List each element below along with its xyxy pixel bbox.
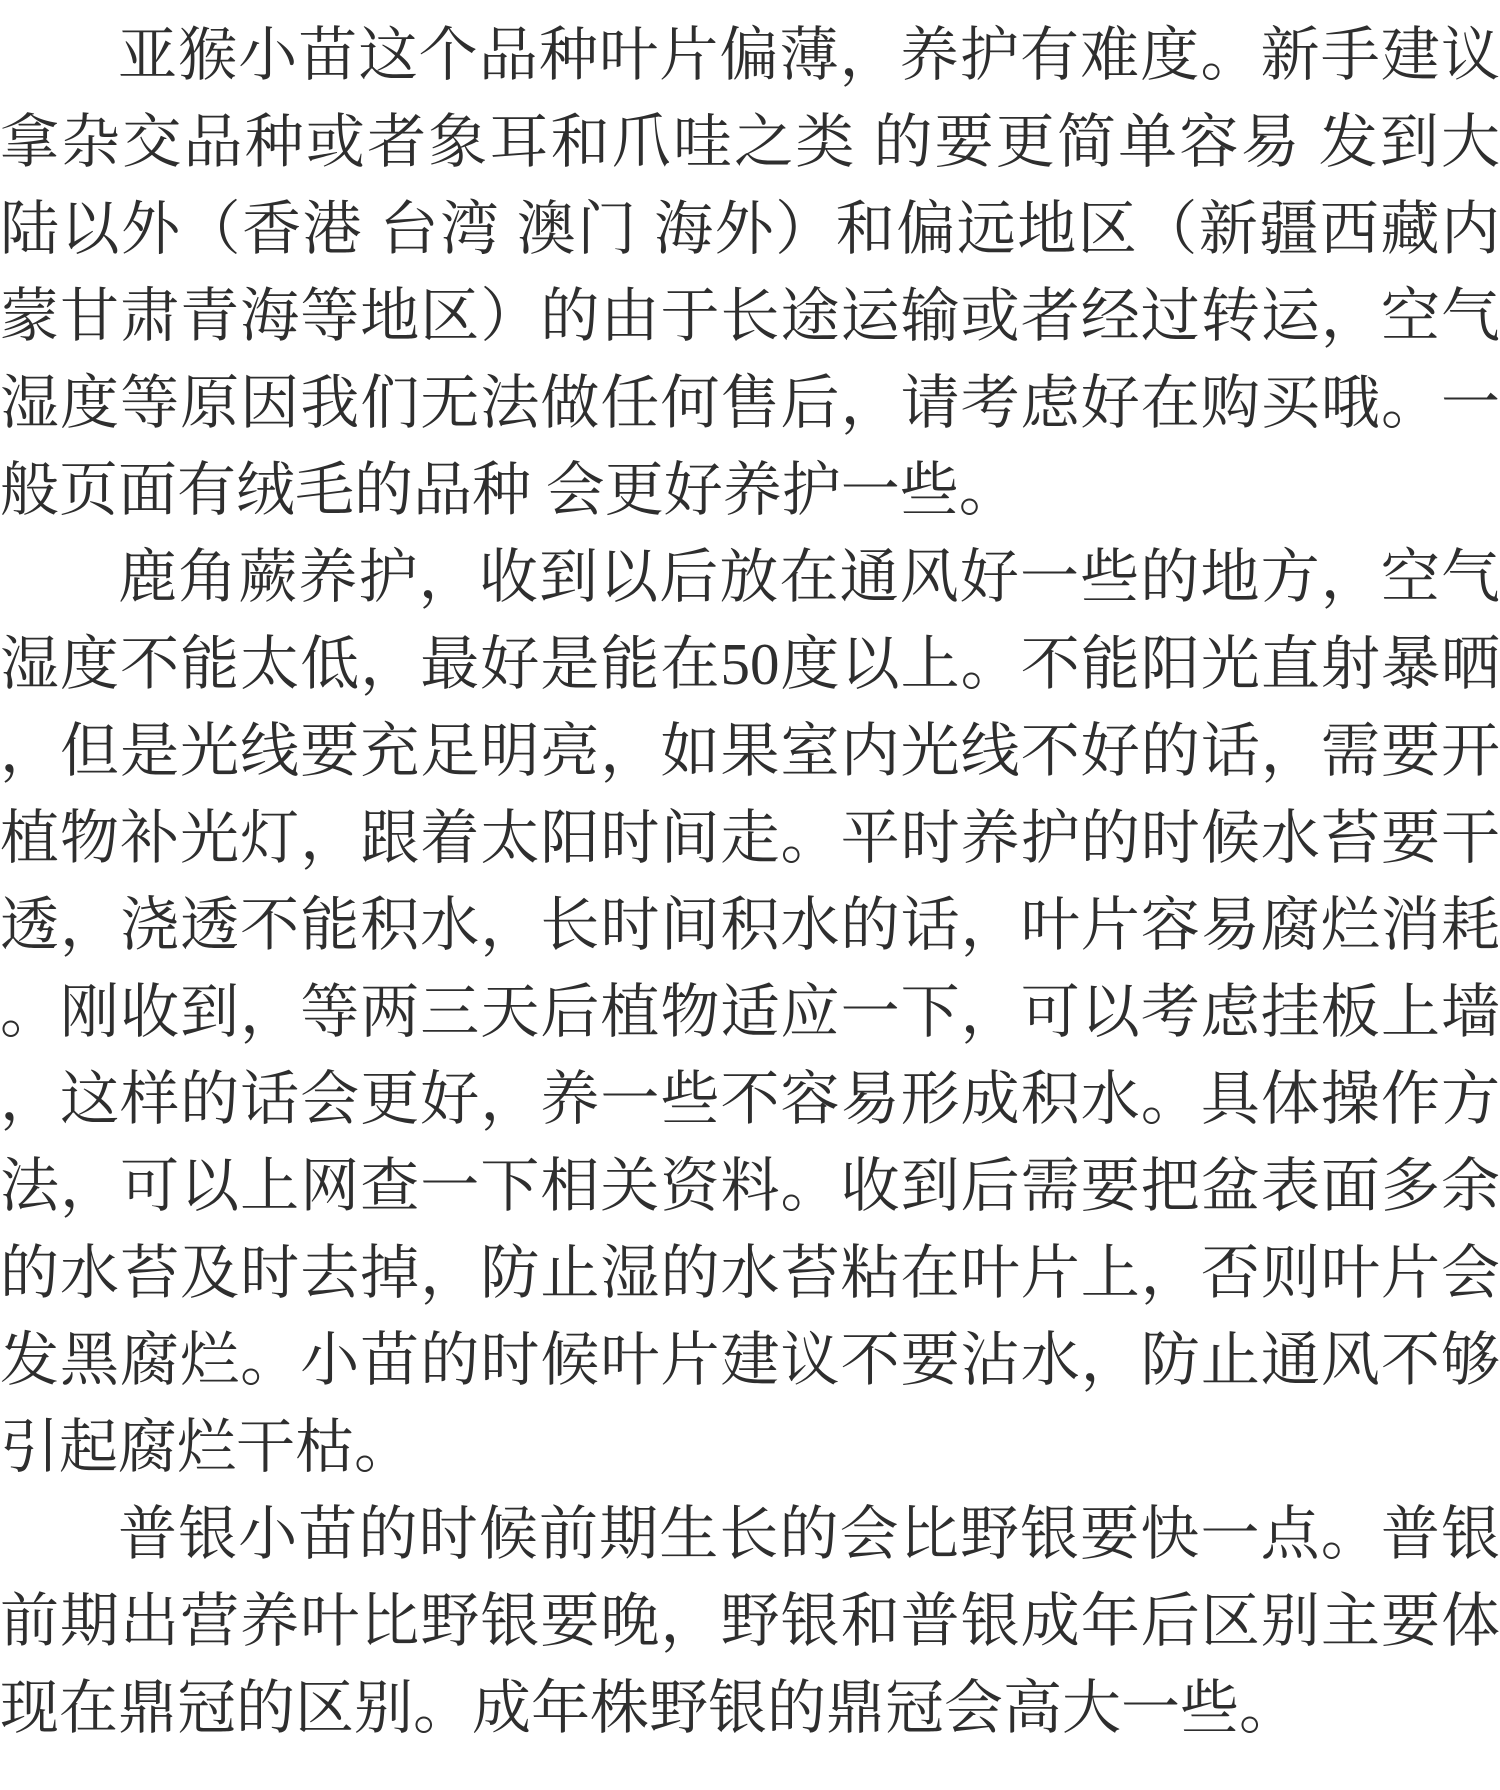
- text-line: 普银小苗的时候前期生长的会比野银要快一点。普银: [0, 1491, 1500, 1578]
- paragraph: 亚猴小苗这个品种叶片偏薄，养护有难度。新手建议拿杂交品种或者象耳和爪哇之类 的要…: [0, 12, 1500, 534]
- text-line: 透，浇透不能积水，长时间积水的话，叶片容易腐烂消耗: [0, 882, 1500, 969]
- text-line: 发黑腐烂。小苗的时候叶片建议不要沾水，防止通风不够: [0, 1317, 1500, 1404]
- text-line: 亚猴小苗这个品种叶片偏薄，养护有难度。新手建议: [0, 12, 1500, 99]
- document-page: 亚猴小苗这个品种叶片偏薄，养护有难度。新手建议拿杂交品种或者象耳和爪哇之类 的要…: [0, 0, 1500, 1790]
- text-line: 前期出营养叶比野银要晚，野银和普银成年后区别主要体: [0, 1578, 1500, 1665]
- text-line: 蒙甘肃青海等地区）的由于长途运输或者经过转运，空气: [0, 273, 1500, 360]
- text-line: 拿杂交品种或者象耳和爪哇之类 的要更简单容易 发到大: [0, 99, 1500, 186]
- text-line: 现在鼎冠的区别。成年株野银的鼎冠会高大一些。: [0, 1665, 1500, 1752]
- text-line: 鹿角蕨养护，收到以后放在通风好一些的地方，空气: [0, 534, 1500, 621]
- text-line: 湿度等原因我们无法做任何售后，请考虑好在购买哦。一: [0, 360, 1500, 447]
- text-line: 。刚收到，等两三天后植物适应一下，可以考虑挂板上墙: [0, 969, 1500, 1056]
- text-line: 引起腐烂干枯。: [0, 1404, 1500, 1491]
- text-line: 植物补光灯，跟着太阳时间走。平时养护的时候水苔要干: [0, 795, 1500, 882]
- text-line: ，这样的话会更好，养一些不容易形成积水。具体操作方: [0, 1056, 1500, 1143]
- text-line: 般页面有绒毛的品种 会更好养护一些。: [0, 447, 1500, 534]
- text-line: ，但是光线要充足明亮，如果室内光线不好的话，需要开: [0, 708, 1500, 795]
- text-line: 的水苔及时去掉，防止湿的水苔粘在叶片上，否则叶片会: [0, 1230, 1500, 1317]
- text-line: 法，可以上网查一下相关资料。收到后需要把盆表面多余: [0, 1143, 1500, 1230]
- text-line: 陆以外（香港 台湾 澳门 海外）和偏远地区（新疆西藏内: [0, 186, 1500, 273]
- paragraph: 普银小苗的时候前期生长的会比野银要快一点。普银前期出营养叶比野银要晚，野银和普银…: [0, 1491, 1500, 1752]
- paragraph: 鹿角蕨养护，收到以后放在通风好一些的地方，空气湿度不能太低，最好是能在50度以上…: [0, 534, 1500, 1491]
- text-line: 湿度不能太低，最好是能在50度以上。不能阳光直射暴晒: [0, 621, 1500, 708]
